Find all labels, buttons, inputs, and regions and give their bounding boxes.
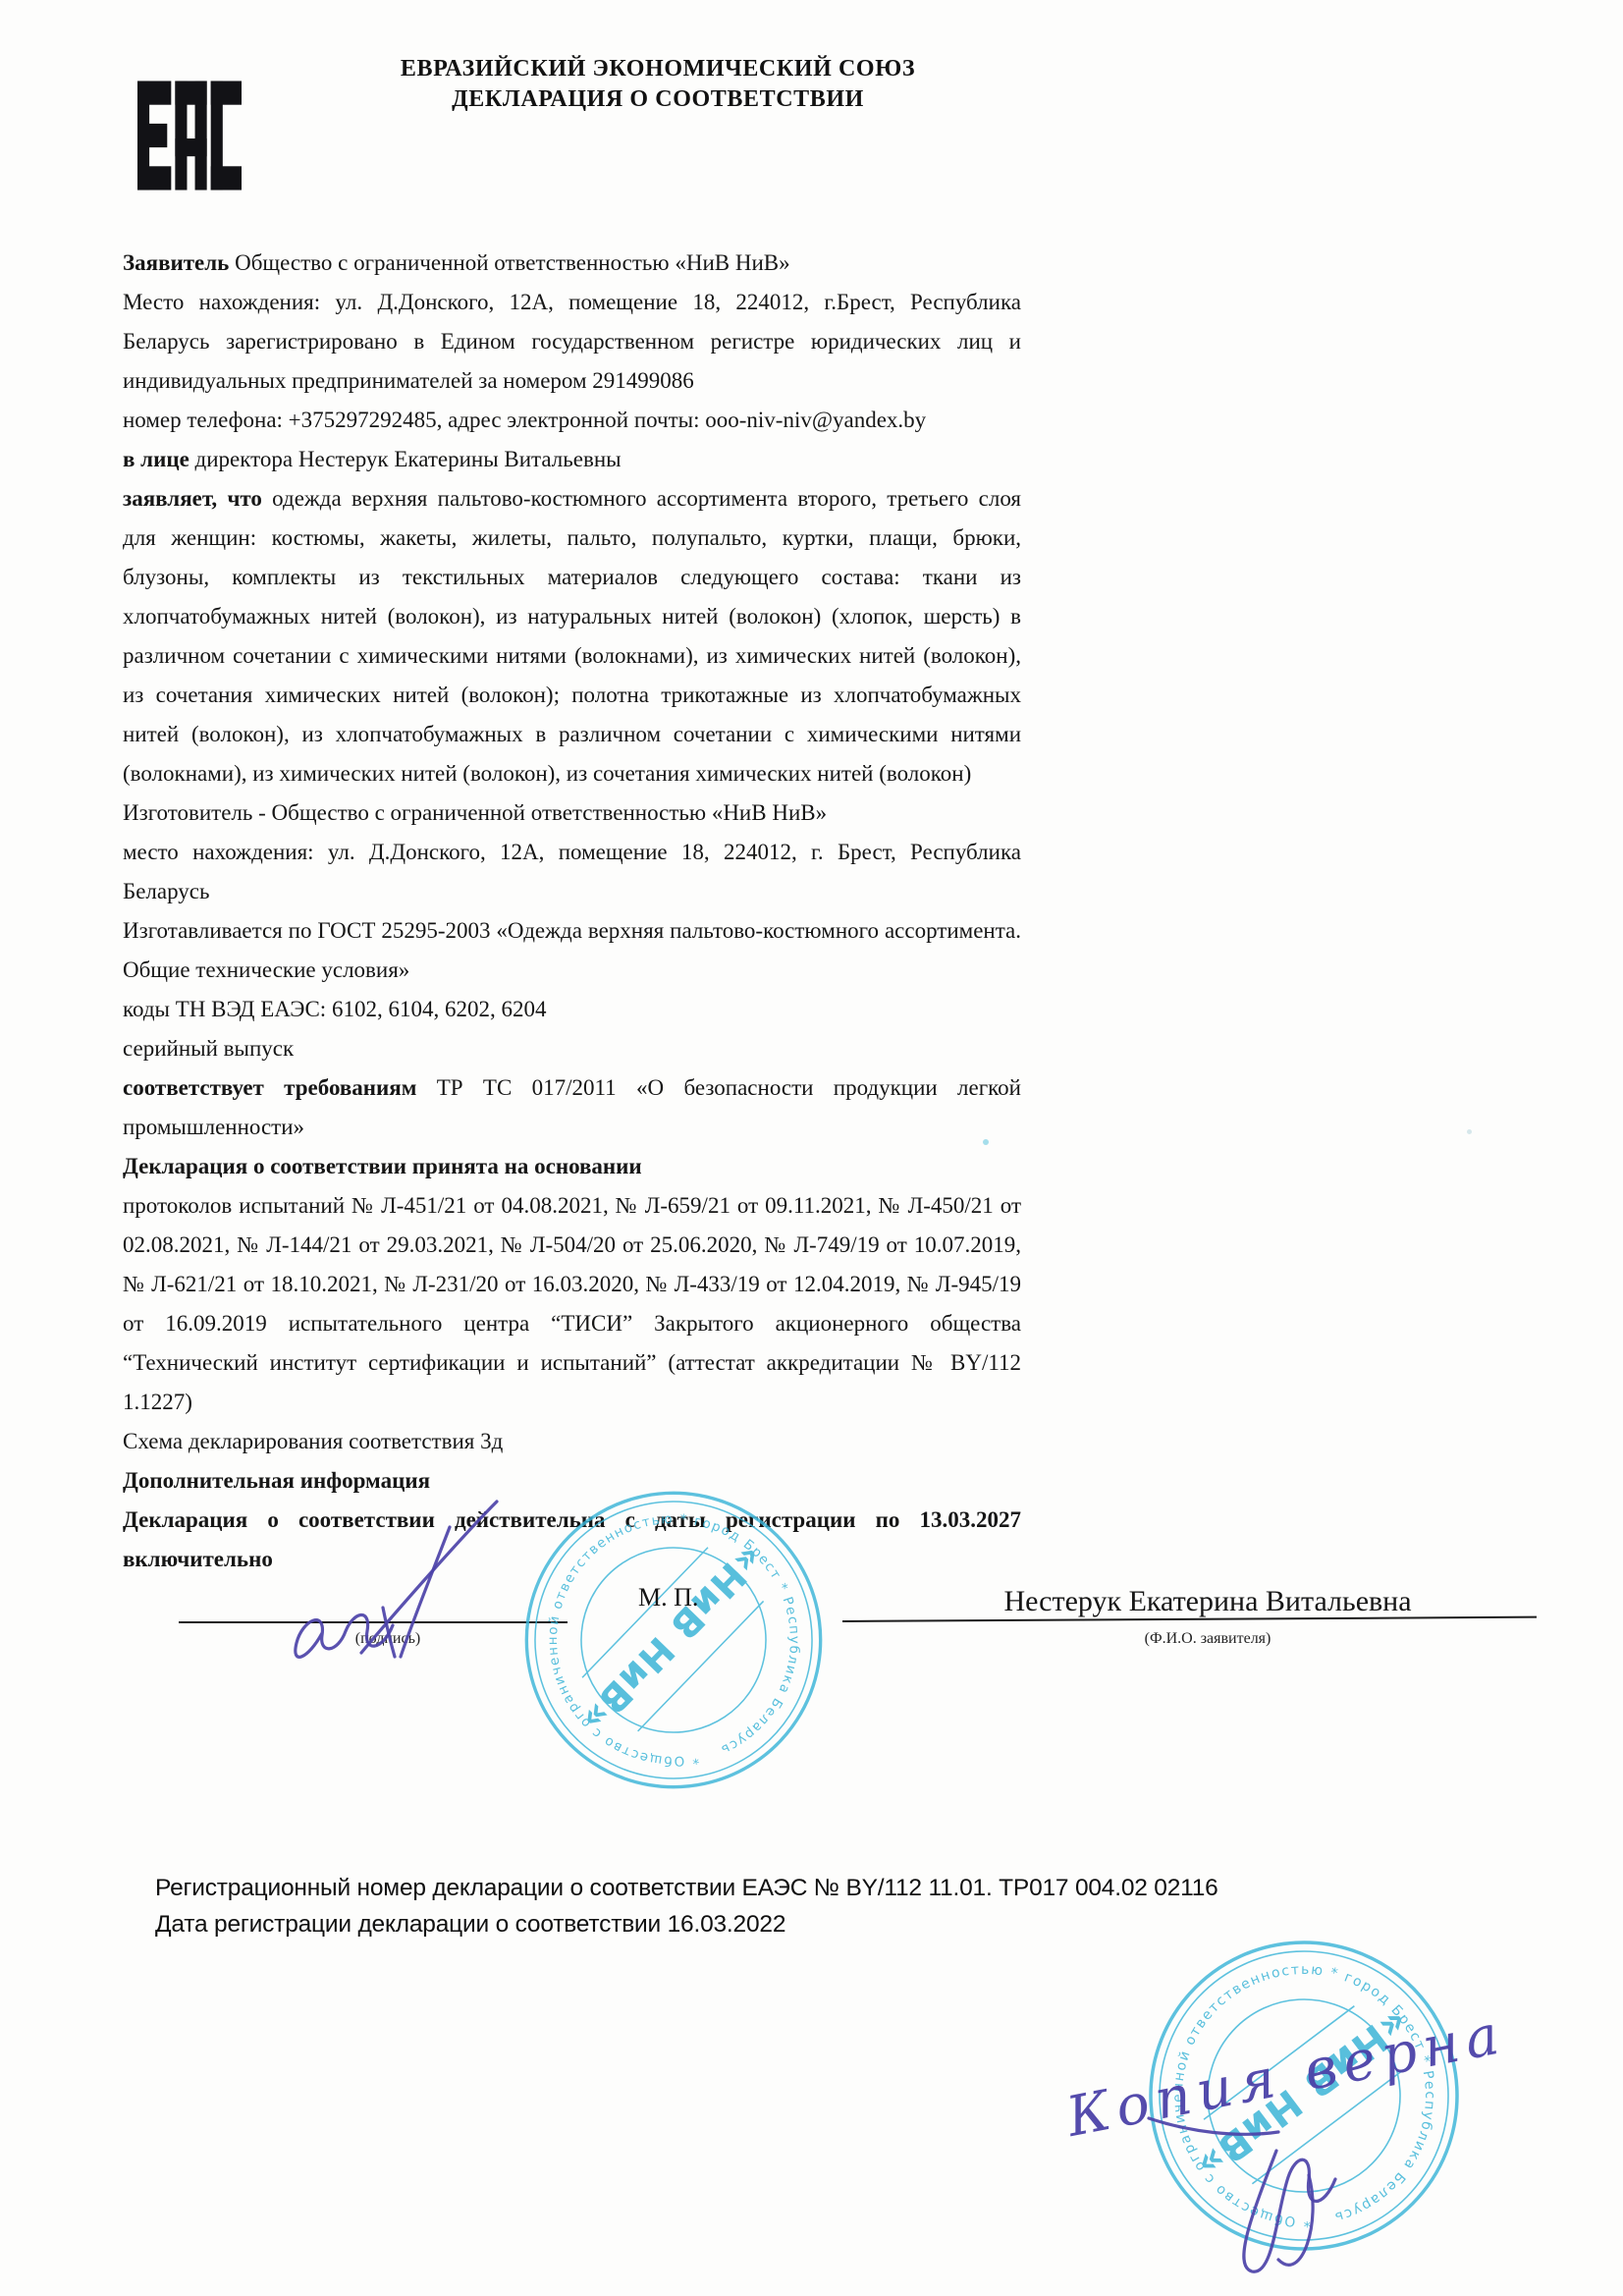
body-paragraph: коды ТН ВЭД ЕАЭС: 6102, 6104, 6202, 6204 xyxy=(123,990,1021,1029)
registration-block: Регистрационный номер декларации о соотв… xyxy=(155,1870,1235,1942)
body-paragraph: соответствует требованиям ТР ТС 017/2011… xyxy=(123,1068,1021,1147)
stamp-center-text: «НиВ НиВ» xyxy=(571,1535,773,1741)
scan-speck xyxy=(983,1139,989,1145)
title-line-union: ЕВРАЗИЙСКИЙ ЭКОНОМИЧЕСКИЙ СОЮЗ xyxy=(236,54,1080,84)
body-paragraph: Изготавливается по ГОСТ 25295-2003 «Одеж… xyxy=(123,911,1021,990)
body-paragraph: протоколов испытаний № Л-451/21 от 04.08… xyxy=(123,1186,1021,1422)
body-text: Заявитель Общество с ограниченной ответс… xyxy=(123,244,1021,1579)
copy-note-text: Копия верна xyxy=(1060,2002,1510,2150)
eac-logo-icon xyxy=(137,81,242,191)
registration-date-line: Дата регистрации декларации о соответств… xyxy=(155,1906,1235,1942)
body-paragraph: Заявитель Общество с ограниченной ответс… xyxy=(123,244,1021,283)
company-stamp: * Общество с ограниченной ответственност… xyxy=(512,1478,836,1802)
declaration-document: ЕВРАЗИЙСКИЙ ЭКОНОМИЧЕСКИЙ СОЮЗ ДЕКЛАРАЦИ… xyxy=(0,0,1623,2296)
document-title: ЕВРАЗИЙСКИЙ ЭКОНОМИЧЕСКИЙ СОЮЗ ДЕКЛАРАЦИ… xyxy=(236,54,1080,115)
applicant-name: Нестерук Екатерина Витальевна xyxy=(943,1585,1473,1618)
body-paragraph: номер телефона: +375297292485, адрес эле… xyxy=(123,401,1021,440)
handwritten-signature xyxy=(285,1488,530,1679)
copy-note-handwriting: Копия верна xyxy=(1031,1959,1600,2296)
title-line-declaration: ДЕКЛАРАЦИЯ О СООТВЕТСТВИИ xyxy=(236,84,1080,115)
scan-speck xyxy=(1467,1129,1472,1134)
body-paragraph: место нахождения: ул. Д.Донского, 12А, п… xyxy=(123,833,1021,911)
name-caption: (Ф.И.О. заявителя) xyxy=(1085,1630,1330,1648)
body-paragraph: заявляет, что одежда верхняя пальтово-ко… xyxy=(123,479,1021,793)
body-paragraph: серийный выпуск xyxy=(123,1029,1021,1068)
body-paragraph: в лице директора Нестерук Екатерины Вита… xyxy=(123,440,1021,479)
body-paragraph: Декларация о соответствии принята на осн… xyxy=(123,1147,1021,1186)
stamp-place-label: М. П. xyxy=(638,1583,698,1613)
registration-number-line: Регистрационный номер декларации о соотв… xyxy=(155,1870,1235,1906)
body-paragraph: Место нахождения: ул. Д.Донского, 12А, п… xyxy=(123,283,1021,401)
body-paragraph: Схема декларирования соответствия 3д xyxy=(123,1422,1021,1461)
body-paragraph: Изготовитель - Общество с ограниченной о… xyxy=(123,793,1021,833)
